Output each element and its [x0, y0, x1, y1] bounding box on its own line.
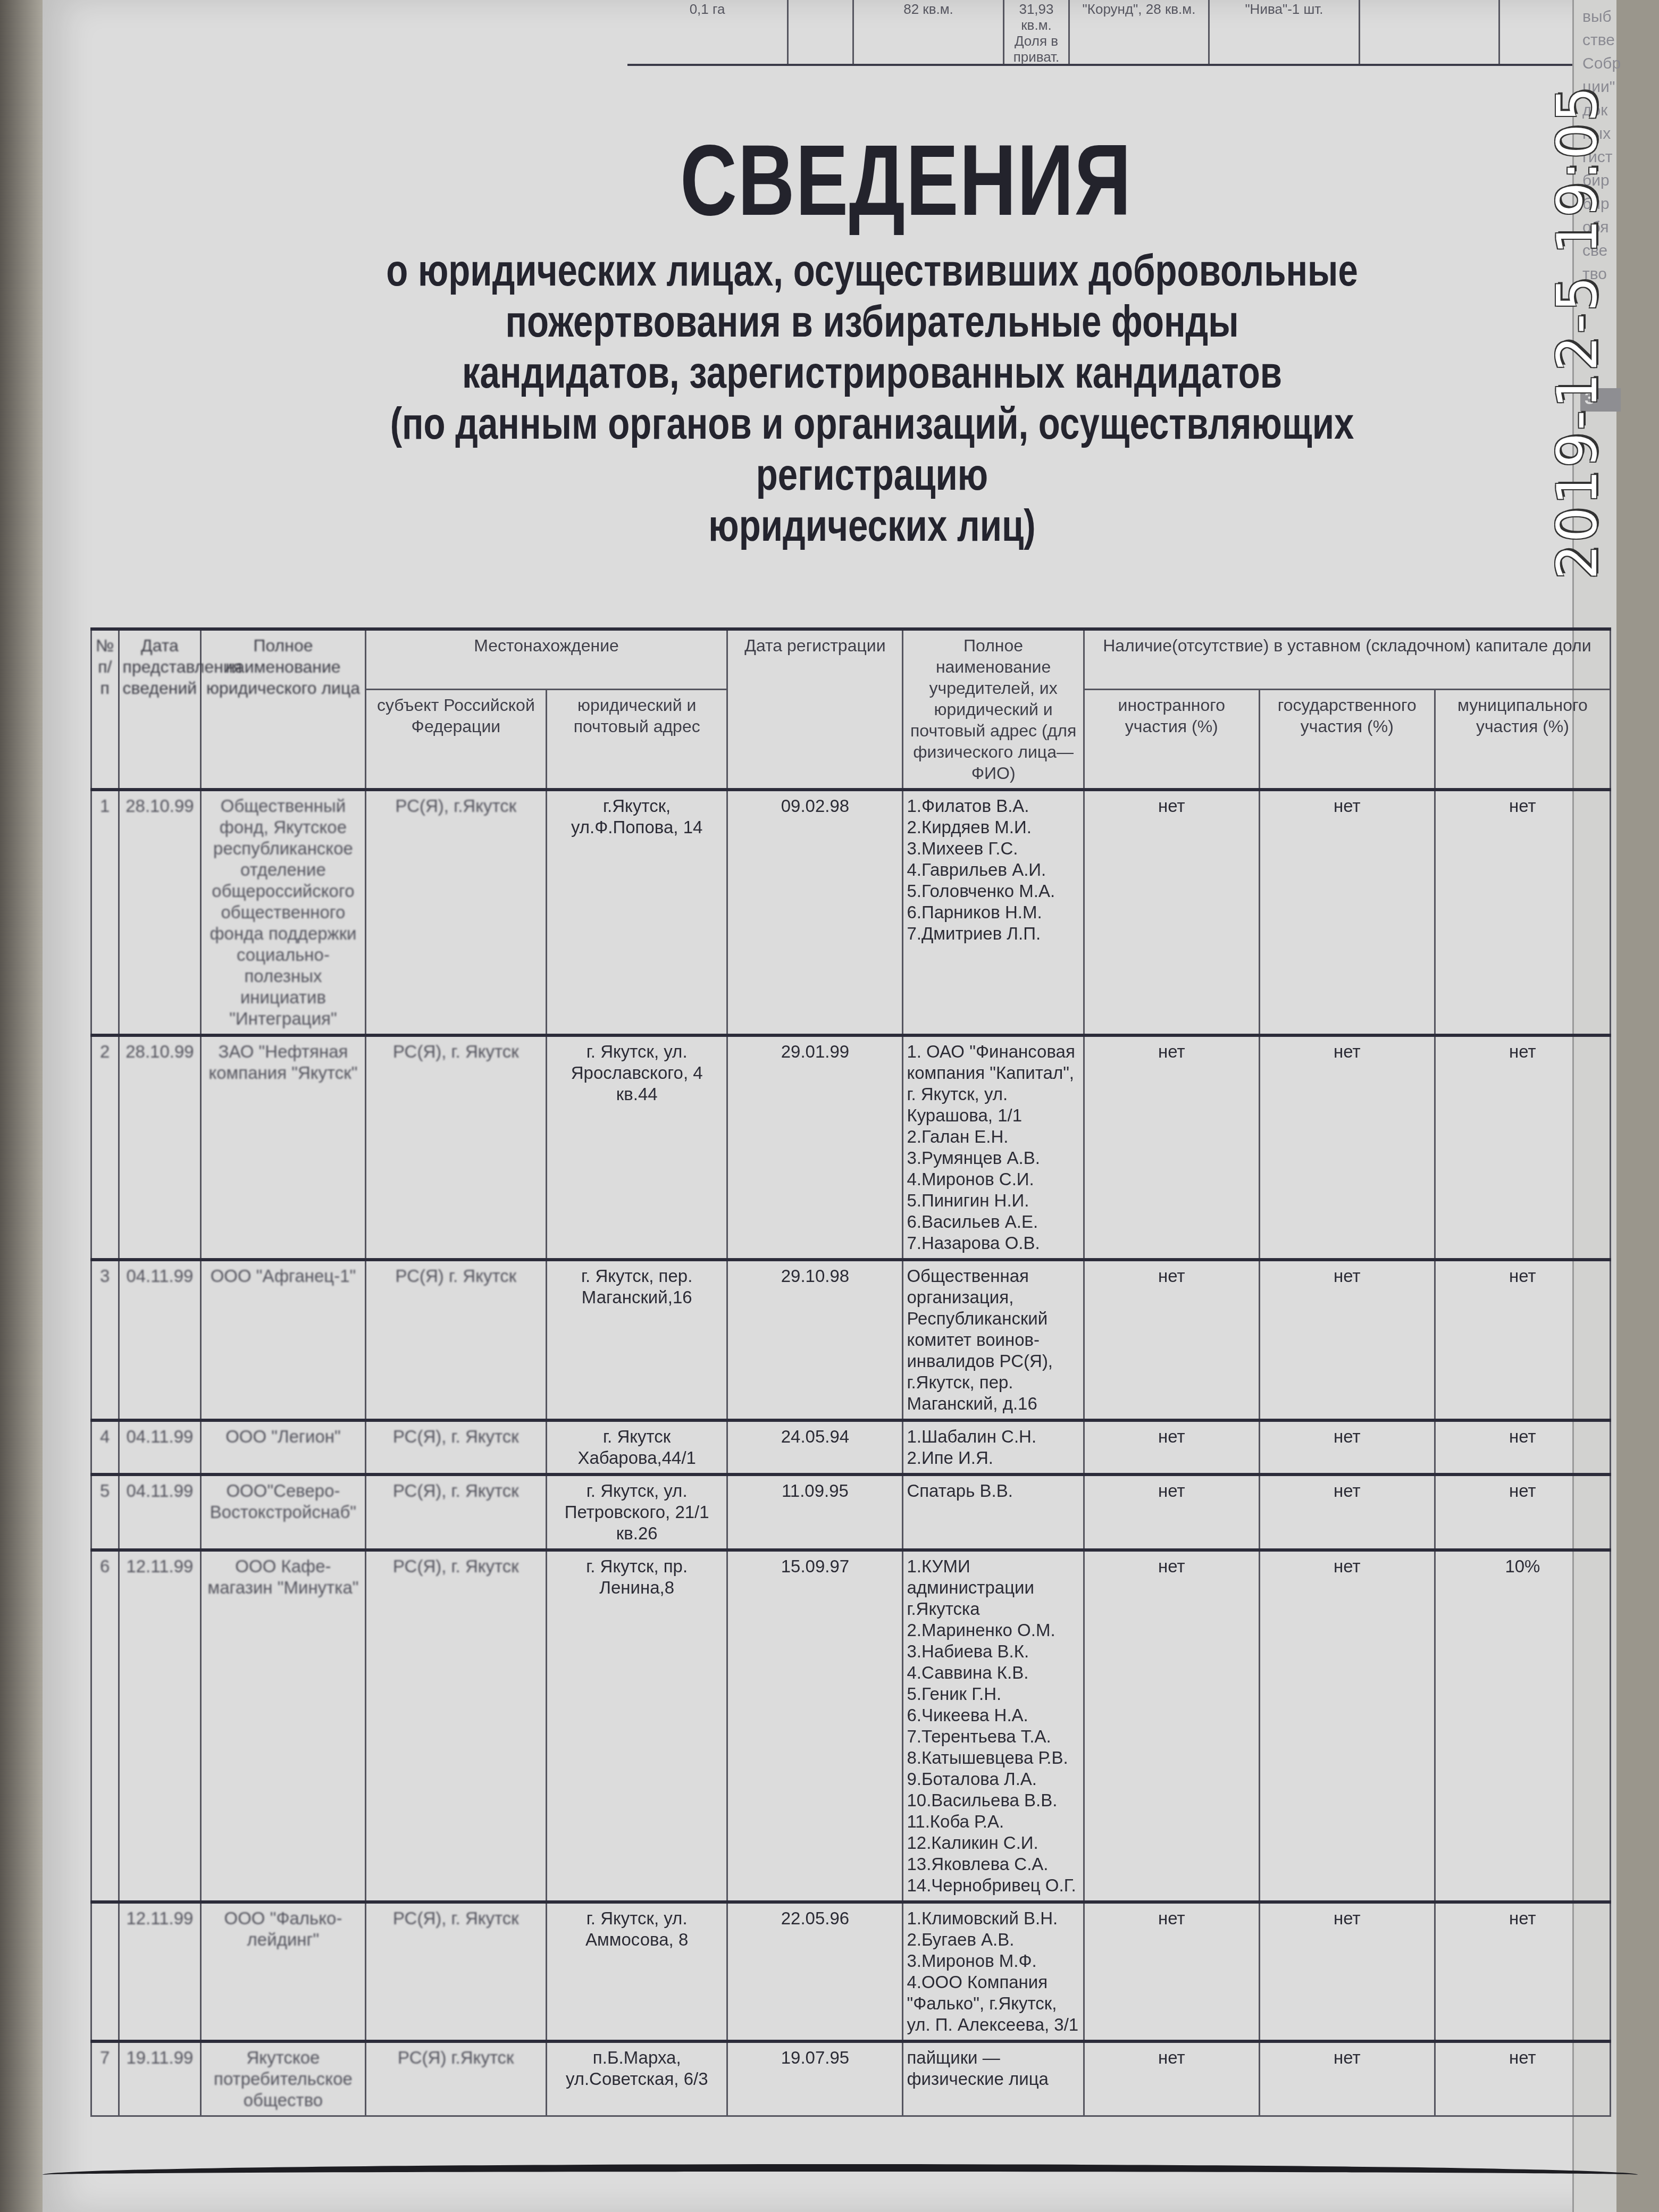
cell-date-submitted: 28.10.99: [119, 1035, 201, 1260]
cell-foreign-share: нет: [1084, 1035, 1259, 1260]
photo-timestamp: 2019-12-5 19:05: [1545, 85, 1610, 580]
prev-cell: 0,1 га: [627, 0, 789, 64]
cell-registration-date: 22.05.96: [727, 1902, 903, 2041]
header-full-name: Полное наименование юридического лица: [201, 629, 365, 790]
cell-municipal-share: 10%: [1435, 1550, 1610, 1902]
table-row: 612.11.99ООО Кафе-магазин "Минутка"РС(Я)…: [91, 1550, 1611, 1902]
cell-foreign-share: нет: [1084, 790, 1259, 1035]
page-subtitle: о юридических лицах, осуществивших добро…: [285, 245, 1459, 551]
cell-address: г. Якутск, ул. Петровского, 21/1 кв.26: [547, 1474, 727, 1550]
cell-full-name: ООО "Фалько-лейдинг": [201, 1902, 365, 2041]
cell-date-submitted: 04.11.99: [119, 1420, 201, 1474]
header-state: государственного участия (%): [1259, 689, 1435, 790]
cell-registration-date: 09.02.98: [727, 790, 903, 1035]
table-row: 304.11.99ООО "Афганец-1"РС(Я) г. Якутскг…: [91, 1260, 1611, 1420]
cell-foreign-share: нет: [1084, 1420, 1259, 1474]
header-date-submitted: Дата представления сведений: [119, 629, 201, 790]
binding-edge: [0, 0, 43, 2212]
cell-founders: 1.Климовский В.Н. 2.Бугаев А.В. 3.Мироно…: [903, 1902, 1084, 2041]
cell-registration-date: 29.10.98: [727, 1260, 903, 1420]
subtitle-line: кандидатов, зарегистрированных кандидато…: [285, 347, 1459, 398]
cell-registration-date: 24.05.94: [727, 1420, 903, 1474]
cell-state-share: нет: [1259, 1902, 1435, 2041]
cell-subject: РС(Я), г.Якутск: [365, 790, 546, 1035]
table-row: 504.11.99ООО"Северо-Востокстройснаб"РС(Я…: [91, 1474, 1611, 1550]
cell-subject: РС(Я), г. Якутск: [365, 1035, 546, 1260]
cell-founders: Спатарь В.В.: [903, 1474, 1084, 1550]
cell-founders: 1. ОАО "Финансовая компания "Капитал", г…: [903, 1035, 1084, 1260]
header-foreign: иностранного участия (%): [1084, 689, 1259, 790]
prev-cell: "Нива"-1 шт.: [1210, 0, 1360, 64]
cell-subject: РС(Я), г. Якутск: [365, 1902, 546, 2041]
cell-municipal-share: нет: [1435, 1420, 1610, 1474]
cell-state-share: нет: [1259, 1420, 1435, 1474]
cell-state-share: нет: [1259, 1035, 1435, 1260]
header-subject: субъект Российской Федерации: [365, 689, 546, 790]
cell-date-submitted: 04.11.99: [119, 1260, 201, 1420]
donors-table: № п/п Дата представления сведений Полное…: [90, 627, 1611, 2117]
cell-foreign-share: нет: [1084, 2041, 1259, 2116]
header-registration-date: Дата регистрации: [727, 629, 903, 790]
page-title: СВЕДЕНИЯ: [680, 122, 1053, 238]
cell-address: г. Якутск, пр. Ленина,8: [547, 1550, 727, 1902]
prev-cell: 31,93 кв.м. Доля в приват.: [1004, 0, 1070, 64]
cell-municipal-share: нет: [1435, 1902, 1610, 2041]
header-address: юридический и почтовый адрес: [547, 689, 727, 790]
cell-date-submitted: 12.11.99: [119, 1550, 201, 1902]
cell-date-submitted: 19.11.99: [119, 2041, 201, 2116]
subtitle-line: пожертвования в избирательные фонды: [285, 296, 1459, 347]
cell-row-no: 4: [91, 1420, 119, 1474]
subtitle-line: (по данным органов и организаций, осущес…: [285, 398, 1459, 500]
cell-date-submitted: 28.10.99: [119, 790, 201, 1035]
header-location-group: Местонахождение: [365, 629, 727, 689]
cell-registration-date: 11.09.95: [727, 1474, 903, 1550]
cell-founders: 1.КУМИ администрации г.Якутска 2.Маринен…: [903, 1550, 1084, 1902]
cell-row-no: 5: [91, 1474, 119, 1550]
cell-subject: РС(Я) г.Якутск: [365, 2041, 546, 2116]
cell-founders: 1.Шабалин С.Н. 2.Ипе И.Я.: [903, 1420, 1084, 1474]
cell-row-no: 7: [91, 2041, 119, 2116]
cell-full-name: ООО Кафе-магазин "Минутка": [201, 1550, 365, 1902]
header-capital-group: Наличие(отсутствие) в уставном (складочн…: [1084, 629, 1610, 689]
prev-cell: 82 кв.м.: [854, 0, 1004, 64]
cell-row-no: [91, 1902, 119, 2041]
cell-full-name: ООО"Северо-Востокстройснаб": [201, 1474, 365, 1550]
cell-address: г. Якутск, ул. Ярославского, 4 кв.44: [547, 1035, 727, 1260]
subtitle-line: о юридических лицах, осуществивших добро…: [285, 245, 1459, 296]
cell-municipal-share: нет: [1435, 1035, 1610, 1260]
cell-address: г. Якутск Хабарова,44/1: [547, 1420, 727, 1474]
cell-subject: РС(Я) г. Якутск: [365, 1260, 546, 1420]
cell-founders: 1.Филатов В.А. 2.Кирдяев М.И. 3.Михеев Г…: [903, 790, 1084, 1035]
table-row: 719.11.99Якутское потребительское общест…: [91, 2041, 1611, 2116]
cell-registration-date: 15.09.97: [727, 1550, 903, 1902]
cell-state-share: нет: [1259, 1550, 1435, 1902]
cell-subject: РС(Я), г. Якутск: [365, 1550, 546, 1902]
cell-address: г.Якутск, ул.Ф.Попова, 14: [547, 790, 727, 1035]
page-curl-edge: [43, 2164, 1638, 2188]
table-row: 228.10.99ЗАО "Нефтяная компания "Якутск"…: [91, 1035, 1611, 1260]
cell-full-name: ООО "Афганец-1": [201, 1260, 365, 1420]
cell-state-share: нет: [1259, 2041, 1435, 2116]
cell-foreign-share: нет: [1084, 1474, 1259, 1550]
prev-cell: [789, 0, 854, 64]
subtitle-line: юридических лиц): [285, 500, 1459, 551]
cell-municipal-share: нет: [1435, 790, 1610, 1035]
table-row: 128.10.99Общественный фонд, Якутское рес…: [91, 790, 1611, 1035]
cell-registration-date: 19.07.95: [727, 2041, 903, 2116]
cell-state-share: нет: [1259, 1474, 1435, 1550]
prev-cell: [1360, 0, 1500, 64]
previous-table-fragment: 0,1 га 82 кв.м. 31,93 кв.м. Доля в прива…: [627, 0, 1595, 66]
cell-full-name: ООО "Легион": [201, 1420, 365, 1474]
table-row: 404.11.99ООО "Легион"РС(Я), г. Якутскг. …: [91, 1420, 1611, 1474]
cell-row-no: 3: [91, 1260, 119, 1420]
cell-row-no: 2: [91, 1035, 119, 1260]
cell-subject: РС(Я), г. Якутск: [365, 1474, 546, 1550]
cell-date-submitted: 12.11.99: [119, 1902, 201, 2041]
cell-foreign-share: нет: [1084, 1550, 1259, 1902]
cell-address: г. Якутск, пер. Маганский,16: [547, 1260, 727, 1420]
cell-municipal-share: нет: [1435, 2041, 1610, 2116]
cell-municipal-share: нет: [1435, 1260, 1610, 1420]
cell-date-submitted: 04.11.99: [119, 1474, 201, 1550]
cell-full-name: Общественный фонд, Якутское республиканс…: [201, 790, 365, 1035]
header-municipal: муниципального участия (%): [1435, 689, 1610, 790]
cell-full-name: Якутское потребительское общество: [201, 2041, 365, 2116]
cell-founders: пайщики — физические лица: [903, 2041, 1084, 2116]
cell-foreign-share: нет: [1084, 1902, 1259, 2041]
cell-foreign-share: нет: [1084, 1260, 1259, 1420]
cell-address: п.Б.Марха, ул.Советская, 6/3: [547, 2041, 727, 2116]
table-row: 12.11.99ООО "Фалько-лейдинг"РС(Я), г. Як…: [91, 1902, 1611, 2041]
cell-founders: Общественная организация, Республикански…: [903, 1260, 1084, 1420]
cell-state-share: нет: [1259, 1260, 1435, 1420]
cell-row-no: 6: [91, 1550, 119, 1902]
cell-full-name: ЗАО "Нефтяная компания "Якутск": [201, 1035, 365, 1260]
cell-state-share: нет: [1259, 790, 1435, 1035]
cell-registration-date: 29.01.99: [727, 1035, 903, 1260]
cell-subject: РС(Я), г. Якутск: [365, 1420, 546, 1474]
prev-cell: "Корунд", 28 кв.м.: [1070, 0, 1210, 64]
header-no: № п/п: [91, 629, 119, 790]
cell-row-no: 1: [91, 790, 119, 1035]
header-founders: Полное наименование учредителей, их юрид…: [903, 629, 1084, 790]
cell-address: г. Якутск, ул. Аммосова, 8: [547, 1902, 727, 2041]
cell-municipal-share: нет: [1435, 1474, 1610, 1550]
